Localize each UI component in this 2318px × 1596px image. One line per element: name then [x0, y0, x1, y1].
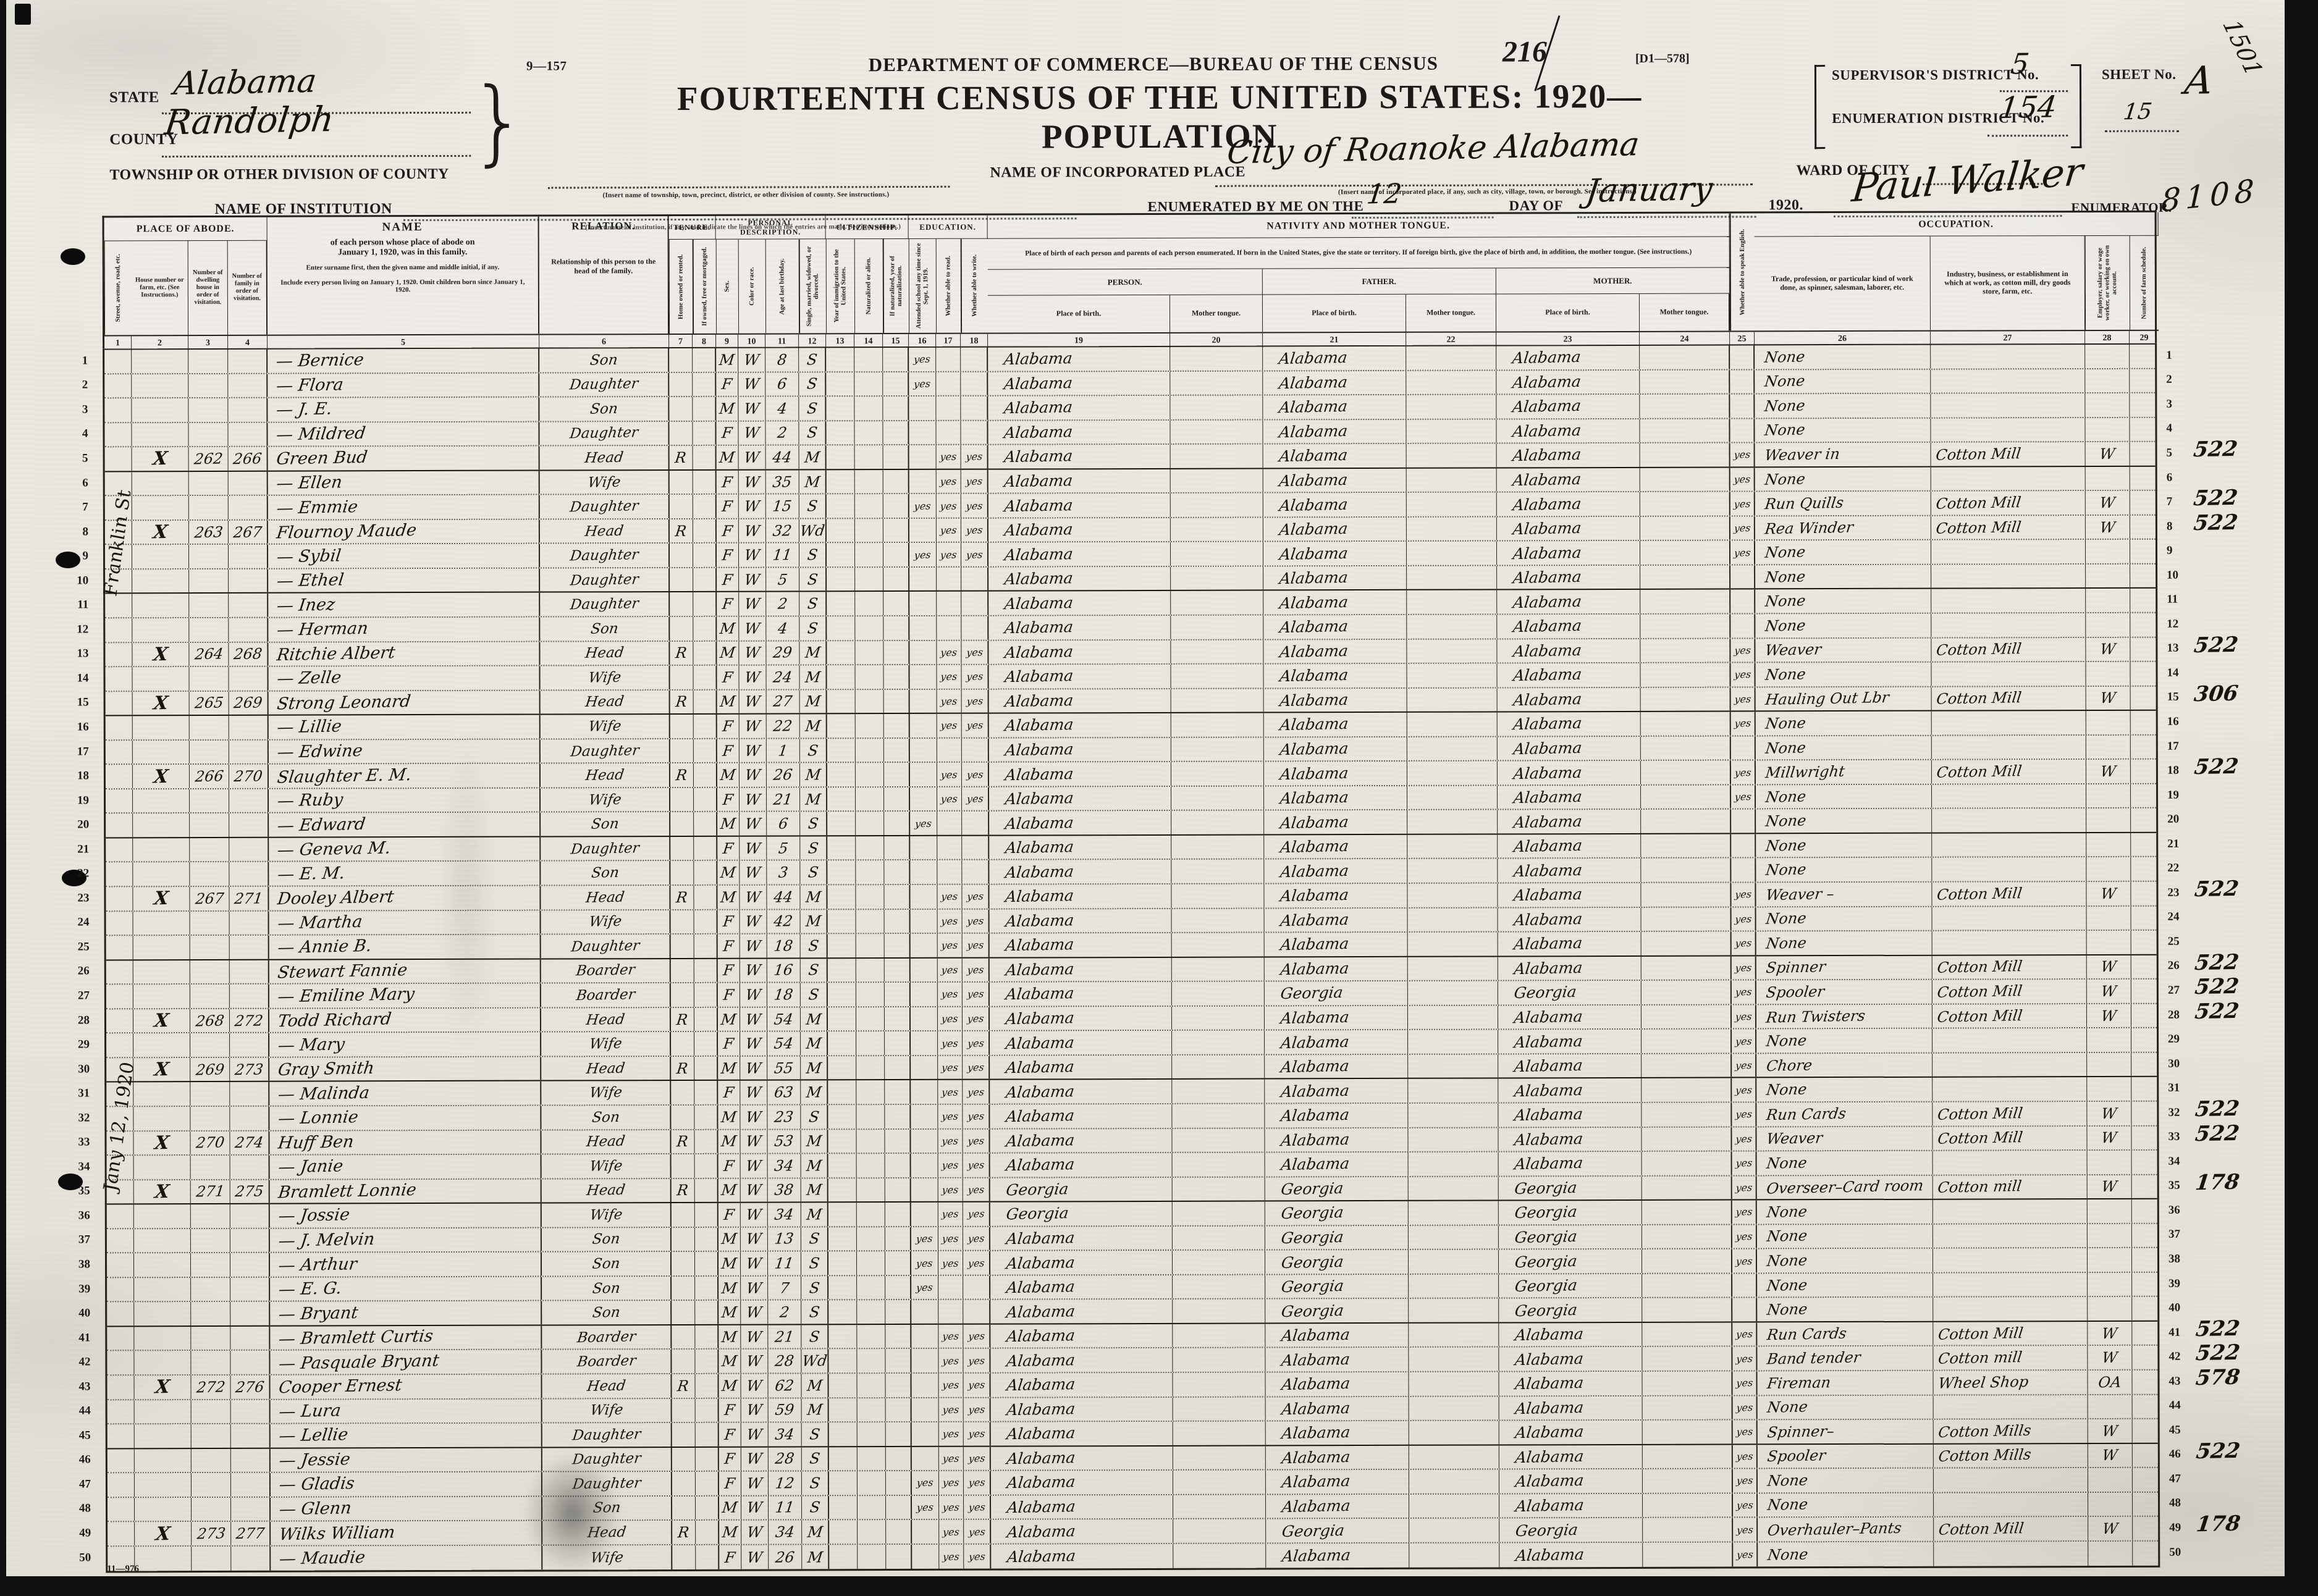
value-race: W — [744, 644, 761, 661]
cell-own — [695, 1277, 719, 1300]
cell-ftng — [1407, 517, 1497, 540]
cell-tng — [1171, 762, 1264, 786]
cell-nat — [855, 519, 883, 542]
cell-dw — [190, 838, 229, 862]
cell-name: Flournoy Maude — [268, 519, 540, 544]
cell-ftng — [1407, 639, 1497, 663]
value-rel: Wife — [588, 913, 623, 930]
cell-farm — [2132, 1224, 2161, 1247]
cell-pob: Alabama — [991, 1495, 1173, 1519]
left-line-number: 43 — [64, 1374, 96, 1399]
cell-ten — [672, 1252, 695, 1275]
dotted-line — [2105, 130, 2179, 132]
value-pob: Alabama — [988, 813, 1074, 833]
cell-age: 27 — [767, 690, 800, 713]
cell-ftng — [1409, 1372, 1499, 1395]
cell-nat — [856, 983, 885, 1006]
cell-sch — [910, 690, 937, 713]
cell-sch: yes — [910, 812, 937, 835]
cell-fpob: Alabama — [1265, 957, 1408, 981]
cell-eng: yes — [1731, 883, 1756, 906]
cell-emp: W — [2087, 1126, 2131, 1149]
cell-mar: S — [799, 421, 826, 445]
value-mar: M — [804, 888, 822, 905]
value-read: yes — [940, 524, 958, 537]
supervisor-district-label: SUPERVISOR'S DISTRICT No. — [1832, 67, 2039, 83]
cell-ind: Cotton mill — [1933, 1175, 2088, 1199]
value-occ: None — [1756, 1154, 1808, 1172]
cell-mtng — [1640, 395, 1730, 418]
cell-pob: Alabama — [990, 1080, 1172, 1103]
cell-pob: Alabama — [989, 689, 1171, 713]
cell-sch — [911, 1007, 938, 1031]
cell-ten — [671, 1032, 694, 1056]
cell-fpob: Alabama — [1263, 615, 1407, 639]
cell-race: W — [741, 1374, 768, 1398]
cell-fpob: Georgia — [1265, 981, 1408, 1005]
value-race: W — [744, 864, 762, 881]
cell-ten — [671, 959, 694, 983]
cell-write — [961, 592, 988, 615]
cell-ftng — [1406, 419, 1496, 443]
cell-x — [135, 1400, 192, 1424]
cell-dw: 272 — [191, 1375, 230, 1399]
cell-race: W — [739, 470, 766, 493]
value-sex: M — [719, 693, 736, 710]
value-mpob: Alabama — [1498, 1350, 1585, 1369]
cell-farm — [2131, 735, 2160, 758]
cell-dw — [190, 936, 230, 959]
value-eng: yes — [1735, 1035, 1753, 1048]
cell-own — [694, 959, 718, 982]
cell-race: W — [741, 1227, 768, 1251]
cell-age: 55 — [767, 1056, 801, 1080]
value-race: W — [744, 571, 761, 588]
value-sex: F — [721, 547, 733, 564]
cell-fam — [230, 1082, 269, 1106]
cell-ftng — [1409, 1470, 1499, 1493]
cell-pob: Alabama — [988, 567, 1171, 590]
value-name: Gray Smith — [268, 1059, 376, 1080]
value-fpob: Alabama — [1263, 1033, 1350, 1052]
value-read: yes — [940, 500, 958, 512]
cell-tng — [1171, 713, 1264, 737]
cell-tng — [1172, 909, 1265, 932]
cell-occ: None — [1756, 1029, 1932, 1052]
value-mar: S — [807, 962, 820, 979]
cell-x — [133, 813, 190, 837]
right-line-number: 24 — [2163, 905, 2285, 930]
value-write: yes — [967, 1403, 985, 1416]
value-rel: Head — [584, 450, 624, 466]
cell-mtng — [1640, 639, 1730, 662]
cell-fam — [230, 1156, 270, 1179]
cell-age: 11 — [769, 1496, 802, 1519]
cell-fpob: Alabama — [1265, 1030, 1408, 1054]
cell-x: X — [133, 887, 190, 910]
cell-age: 5 — [766, 568, 799, 591]
cell-fam — [231, 1497, 271, 1521]
cell-tng — [1173, 1372, 1265, 1396]
value-fpob: Alabama — [1265, 1374, 1351, 1394]
cell-pob: Alabama — [988, 469, 1171, 493]
cell-name: Stewart Fannie — [269, 959, 541, 983]
cell-ind — [1932, 711, 2086, 734]
cell-sch — [909, 445, 937, 469]
value-fpob: Alabama — [1262, 519, 1349, 539]
value-mar: M — [806, 1206, 823, 1223]
value-mpob: Alabama — [1495, 372, 1582, 392]
col-trade-label: Trade, profession, or particular kind of… — [1755, 237, 1931, 331]
cell-tng — [1171, 884, 1264, 908]
cell-natyr — [884, 739, 910, 762]
cell-name: — Ruby — [269, 788, 541, 812]
value-sex: F — [722, 742, 734, 759]
cell-eng: yes — [1730, 541, 1755, 565]
value-eng: yes — [1735, 1255, 1753, 1267]
value-eng: yes — [1735, 1206, 1753, 1219]
value-mpob: Alabama — [1496, 812, 1583, 832]
cell-tng — [1171, 518, 1263, 541]
county-value: Randolph — [162, 99, 336, 143]
value-occ: Spinner — [1755, 959, 1827, 977]
value-eng: yes — [1734, 888, 1752, 901]
value-occ: Weaver — [1755, 641, 1823, 660]
cell-write: yes — [961, 640, 988, 664]
left-line-number: 13 — [62, 642, 95, 666]
value-fpob: Alabama — [1262, 495, 1349, 514]
cell-x — [132, 594, 189, 618]
value-sex: M — [721, 1255, 738, 1272]
cell-ftng — [1406, 346, 1496, 370]
value-mpob: Alabama — [1496, 544, 1582, 563]
value-name: Todd Richard — [268, 1010, 392, 1031]
cell-own — [694, 763, 717, 787]
cell-dw: 270 — [190, 1131, 230, 1154]
cell-street — [106, 838, 133, 862]
cell-sch — [911, 1349, 938, 1372]
cell-farm — [2131, 857, 2160, 881]
cell-nat — [855, 470, 883, 493]
value-ind: Cotton mill — [1932, 1348, 2023, 1367]
cell-tng — [1172, 957, 1265, 981]
value-age: 34 — [773, 1157, 794, 1175]
cell-fam: 266 — [229, 447, 268, 471]
cell-fam — [230, 936, 269, 959]
value-emp: W — [2102, 1520, 2119, 1538]
right-line-number: 20 — [2162, 807, 2285, 832]
cell-name: — J. E. — [268, 398, 539, 422]
cell-eng: yes — [1730, 468, 1755, 491]
cell-occ: Run Twisters — [1756, 1004, 1932, 1028]
cell-sex: M — [719, 1301, 741, 1324]
cell-fam — [229, 862, 269, 886]
value-read: yes — [941, 1037, 959, 1049]
cell-natyr — [885, 959, 911, 982]
cell-emp: W — [2086, 442, 2130, 466]
cell-age: 38 — [768, 1178, 801, 1202]
value-pob: Alabama — [987, 594, 1074, 613]
cell-ind — [1934, 1468, 2088, 1492]
cell-mpob: Alabama — [1497, 517, 1640, 540]
cell-occ: None — [1755, 614, 1931, 637]
value-ind: Cotton Mill — [1930, 445, 2022, 464]
cell-natyr — [886, 1422, 912, 1446]
cell-ftng — [1409, 1543, 1499, 1568]
cell-ftng — [1409, 1299, 1499, 1322]
value-age: 34 — [774, 1426, 795, 1443]
cell-mar: S — [799, 592, 827, 616]
cell-emp: W — [2088, 1322, 2132, 1345]
value-ten: R — [676, 1059, 689, 1077]
cell-read: yes — [938, 1007, 963, 1031]
value-ten: R — [675, 766, 688, 784]
value-occ: None — [1755, 1032, 1808, 1051]
street-name-vertical: Franklin St — [103, 367, 132, 719]
cell-ftng — [1407, 786, 1498, 809]
cell-ftng — [1409, 1348, 1499, 1371]
cell-name: — Arthur — [270, 1253, 542, 1277]
cell-rel: Boarder — [541, 983, 671, 1007]
value-read: yes — [942, 1159, 959, 1172]
value-sex: M — [720, 1108, 738, 1125]
cell-ind — [1934, 1493, 2088, 1516]
value-race: W — [744, 888, 762, 905]
cell-dw — [189, 472, 229, 495]
cell-natyr — [885, 1105, 911, 1128]
cell-read: yes — [939, 1398, 964, 1421]
cell-own — [696, 1545, 719, 1570]
cell-fpob: Alabama — [1263, 493, 1407, 516]
cell-read — [936, 421, 961, 444]
cell-ten: R — [670, 641, 693, 665]
cell-ind — [1932, 857, 2086, 881]
value-mpob: Alabama — [1498, 1496, 1585, 1516]
cell-rel: Head — [542, 1374, 672, 1398]
cell-eng: yes — [1732, 907, 1756, 931]
cell-race: W — [738, 421, 765, 445]
value-fpob: Alabama — [1263, 739, 1349, 759]
value-age: 62 — [774, 1377, 795, 1395]
left-line-number: 40 — [64, 1301, 96, 1326]
cell-rel: Son — [541, 812, 670, 836]
left-line-number: 25 — [64, 935, 96, 960]
cell-eng: yes — [1732, 1347, 1757, 1371]
cell-eng: yes — [1733, 1396, 1758, 1419]
department-line: DEPARTMENT OF COMMERCE—BUREAU OF THE CEN… — [715, 52, 1592, 77]
cell-ind: Cotton Mill — [1931, 516, 2086, 539]
left-line-number: 17 — [63, 739, 95, 764]
margin-schedule-code: 522 — [2193, 949, 2240, 975]
left-line-number: 32 — [64, 1106, 96, 1130]
left-line-number: 21 — [63, 837, 95, 862]
cell-name: — Mildred — [268, 422, 539, 446]
cell-mar: Wd — [799, 519, 827, 542]
value-write: yes — [967, 1232, 985, 1245]
cell-fpob: Alabama — [1263, 420, 1406, 443]
cell-mar: S — [799, 568, 827, 591]
value-name: Ritchie Albert — [267, 643, 396, 665]
cell-fam — [229, 569, 268, 593]
value-write: yes — [966, 1012, 984, 1025]
cell-mpob: Georgia — [1499, 1201, 1642, 1224]
cell-eng: yes — [1732, 956, 1756, 980]
cell-ten — [672, 1497, 696, 1520]
cell-nat — [856, 812, 884, 835]
cell-mtng — [1641, 859, 1731, 882]
cell-mar: M — [799, 446, 827, 469]
cell-natyr — [885, 1080, 911, 1104]
value-race: W — [745, 1133, 762, 1150]
value-age: 24 — [772, 668, 793, 686]
cell-dw — [189, 667, 229, 691]
value-ind: Cotton mill — [1932, 1177, 2023, 1196]
value-race: W — [745, 1157, 762, 1174]
value-sex: M — [720, 1133, 738, 1150]
value-dw: 264 — [193, 645, 224, 663]
cell-ind — [1932, 784, 2086, 808]
sheet-extra-mark: 1501 — [2217, 17, 2269, 79]
cell-emp — [2088, 1151, 2132, 1174]
cell-sex: M — [719, 1325, 741, 1349]
cell-mtng — [1642, 1152, 1732, 1175]
cell-read: yes — [938, 1251, 963, 1275]
cell-sex: M — [719, 1252, 741, 1275]
cell-emp — [2085, 369, 2130, 392]
cell-read: yes — [937, 470, 961, 493]
value-pob: Alabama — [988, 960, 1075, 980]
left-line-number: 28 — [64, 1008, 96, 1033]
value-x: X — [152, 521, 169, 543]
cell-age: 6 — [765, 372, 799, 396]
cell-pob: Alabama — [988, 396, 1170, 419]
cell-x: X — [133, 1058, 190, 1081]
margin-schedule-code: 306 — [2193, 681, 2240, 706]
value-age: 59 — [774, 1401, 795, 1419]
cell-farm — [2130, 662, 2159, 686]
cell-eng: yes — [1732, 981, 1756, 1004]
cell-race: W — [740, 837, 767, 860]
value-mar: S — [809, 1474, 821, 1492]
cell-tng — [1171, 737, 1264, 761]
value-read: yes — [942, 1183, 959, 1196]
value-rel: Son — [591, 1231, 621, 1248]
cell-farm — [2131, 882, 2160, 905]
cell-fam — [230, 1302, 270, 1325]
col-relation-header: RELATION. Relationship of this person to… — [539, 216, 669, 334]
cell-imyr — [828, 1251, 857, 1275]
cell-dw — [192, 1400, 231, 1423]
value-fpob: Georgia — [1264, 1253, 1344, 1272]
cell-fam — [229, 545, 268, 568]
cell-sex: M — [717, 763, 740, 787]
cell-emp — [2088, 1395, 2133, 1418]
cell-imyr — [827, 665, 855, 689]
cell-emp: W — [2086, 686, 2131, 710]
cell-ind: Cotton Mill — [1934, 1517, 2088, 1540]
cell-dw — [189, 496, 229, 519]
cell-age: 26 — [769, 1545, 802, 1569]
col-speak-english-label: Whether able to speak English. — [1730, 213, 1755, 330]
value-pob: Alabama — [990, 1448, 1076, 1468]
cell-own — [694, 1057, 718, 1080]
value-mar: S — [808, 1230, 820, 1248]
cell-write: yes — [962, 885, 989, 909]
value-race: W — [744, 1010, 762, 1028]
cell-eng: yes — [1733, 1469, 1758, 1493]
cell-natyr — [885, 1251, 911, 1275]
cell-sex: M — [718, 1130, 740, 1153]
value-sch: yes — [916, 1282, 934, 1294]
cell-emp — [2086, 736, 2131, 759]
margin-schedule-code: 522 — [2193, 632, 2240, 657]
cell-imyr — [829, 1398, 858, 1422]
value-read: yes — [942, 1330, 959, 1343]
left-line-number: 14 — [62, 666, 95, 691]
cell-eng — [1730, 419, 1755, 442]
cell-pob: Alabama — [988, 665, 1171, 688]
cell-ind — [1931, 369, 2085, 393]
value-pob: Alabama — [987, 422, 1074, 442]
value-read: yes — [942, 1501, 960, 1514]
value-write: yes — [967, 1183, 985, 1196]
value-mpob: Alabama — [1497, 1032, 1583, 1052]
cell-ftng — [1408, 1006, 1498, 1029]
cell-ind — [1931, 662, 2086, 686]
cell-natyr — [886, 1496, 912, 1519]
cell-fpob: Alabama — [1265, 1153, 1409, 1176]
cell-own — [694, 715, 717, 738]
cell-ftng — [1406, 371, 1496, 394]
value-ten: R — [676, 1010, 689, 1028]
value-mar: M — [804, 473, 821, 490]
cell-x — [132, 545, 189, 568]
cell-emp — [2086, 857, 2131, 881]
cell-ind: Cotton Mill — [1932, 955, 2087, 979]
cell-emp — [2085, 345, 2130, 368]
cell-dw: 271 — [191, 1180, 230, 1203]
cell-fam — [228, 374, 268, 397]
cell-mpob: Alabama — [1498, 883, 1641, 907]
cell-read: yes — [939, 1471, 964, 1495]
cell-pob: Alabama — [990, 933, 1172, 957]
right-line-number: 1 — [2161, 343, 2285, 367]
cell-dw: 267 — [190, 887, 229, 910]
cell-sch — [912, 1398, 939, 1421]
cell-ftng — [1409, 1494, 1499, 1518]
cell-imyr — [828, 1276, 857, 1300]
cell-x: X — [132, 521, 189, 544]
cell-farm — [2133, 1517, 2162, 1540]
cell-race: W — [739, 544, 766, 567]
plate-code: [D1—578] — [1635, 52, 1690, 66]
father-tongue-label: Mother tongue. — [1406, 295, 1496, 332]
cell-tng — [1170, 346, 1263, 370]
cell-nat — [855, 616, 883, 640]
cell-fpob: Alabama — [1264, 810, 1407, 834]
value-read: yes — [941, 939, 959, 952]
value-emp: OA — [2097, 1373, 2122, 1391]
value-ten: R — [675, 693, 688, 710]
cell-mpob: Alabama — [1497, 492, 1640, 516]
value-name: — Lura — [269, 1401, 342, 1421]
cell-ftng — [1409, 1201, 1499, 1225]
value-fpob: Alabama — [1263, 862, 1349, 881]
cell-read: yes — [938, 1154, 963, 1177]
cell-ftng — [1407, 444, 1497, 468]
cell-ftng — [1408, 1054, 1498, 1078]
value-eng: yes — [1734, 913, 1752, 925]
